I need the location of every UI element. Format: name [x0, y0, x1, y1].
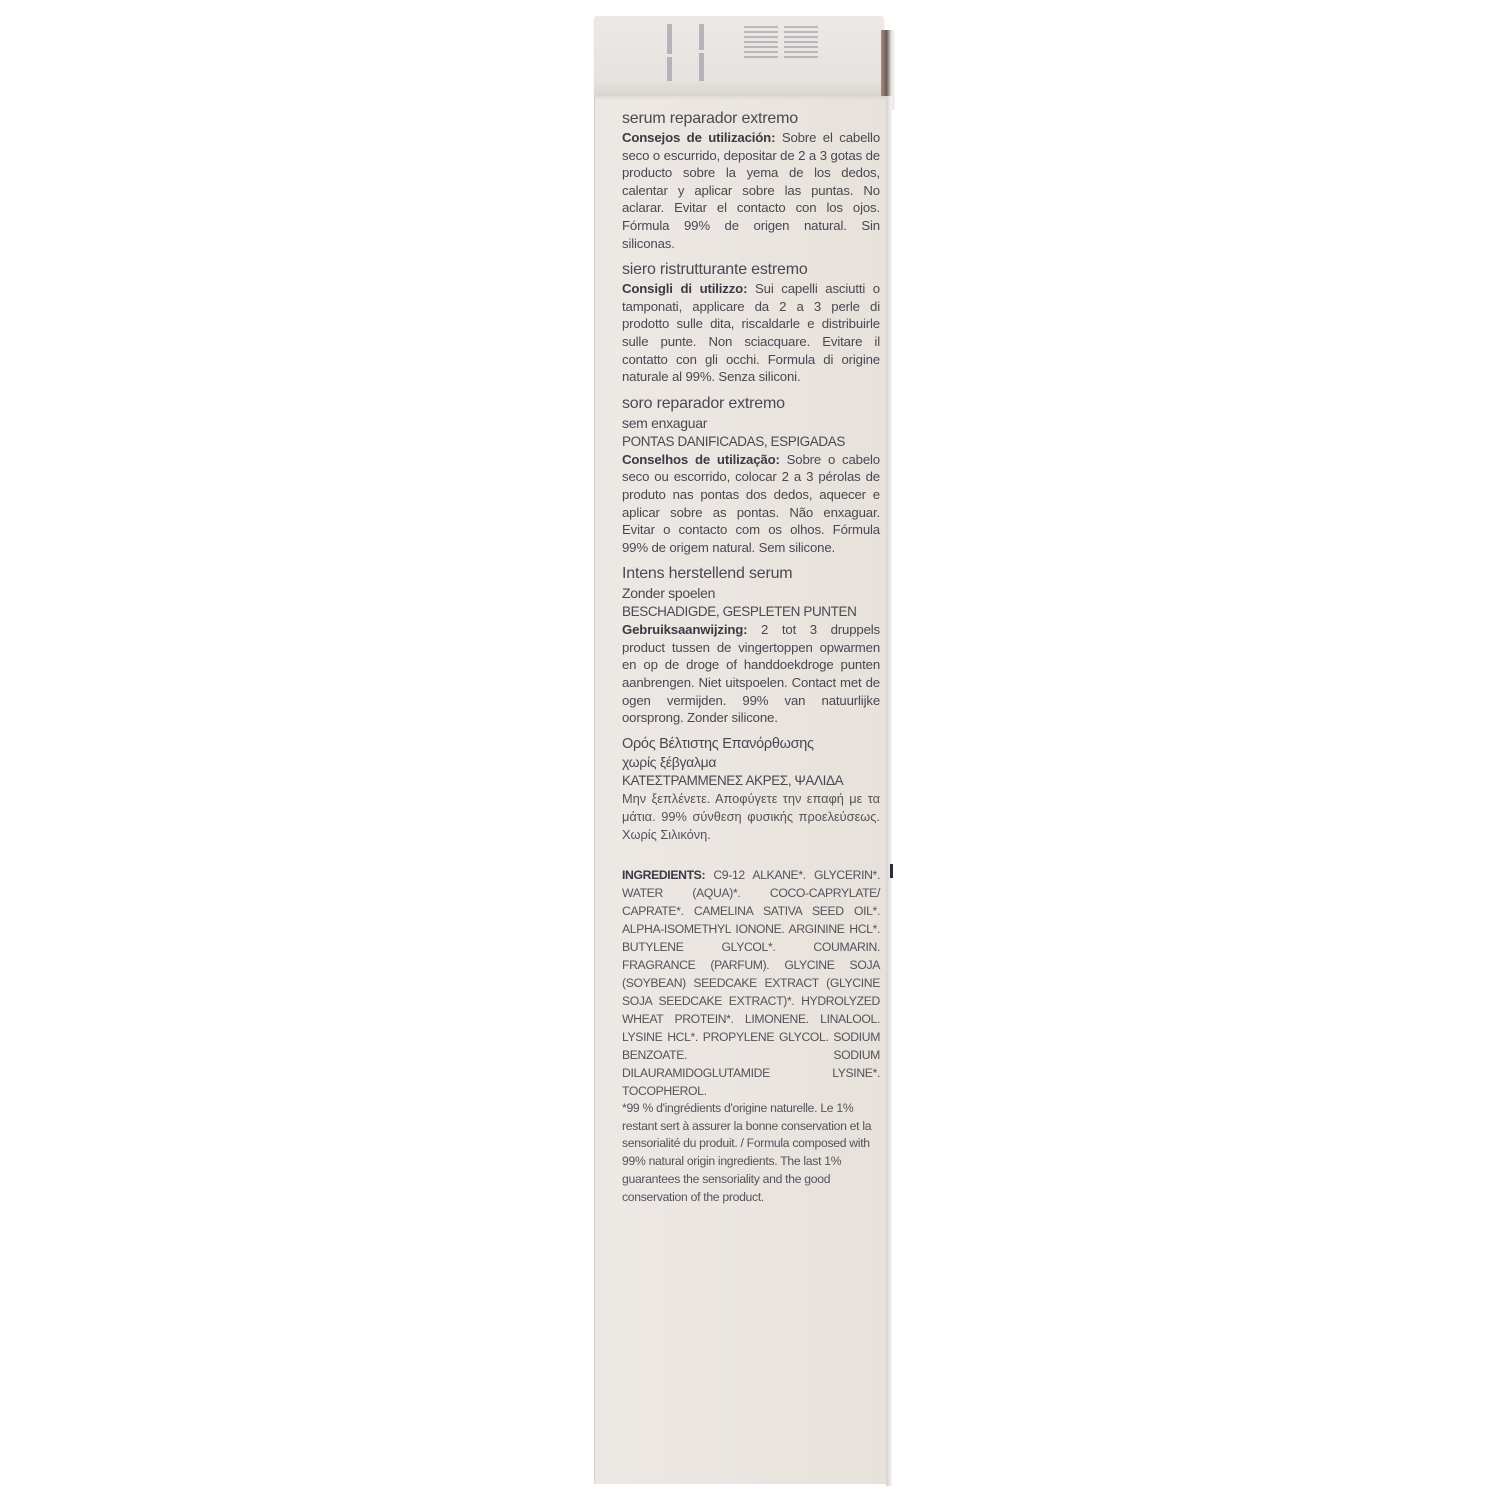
section-greek: Ορός Βέλτιστης Επανόρθωσης χωρίς ξέβγαλμ…: [622, 735, 880, 844]
usage-label: Conselhos de utilização:: [622, 452, 780, 467]
section-subtitle: Zonder spoelen: [622, 584, 880, 602]
section-subtitle: χωρίς ξέβγαλμα: [622, 753, 880, 771]
usage-label: Consigli di utilizzo:: [622, 281, 747, 296]
ingredients-list: INGREDIENTS: C9-12 ALKANE*. GLYCERIN*. W…: [622, 866, 880, 1100]
box-side-panel: serum reparador extremo Consejos de util…: [594, 96, 887, 1484]
box-top-flap: [594, 16, 884, 96]
section-body: Consigli di utilizzo: Sui capelli asciut…: [622, 280, 880, 386]
section-body: Gebruiksaanwijzing: 2 tot 3 druppels pro…: [622, 621, 880, 727]
usage-text: Sobre el cabello seco o escurrido, depos…: [622, 130, 880, 251]
flap-brand-logo: [744, 26, 778, 78]
usage-label: Gebruiksaanwijzing:: [622, 622, 747, 637]
section-caps: PONTAS DANIFICADAS, ESPIGADAS: [622, 432, 880, 451]
flap-barcode-text: [696, 24, 706, 86]
section-caps: BESCHADIGDE, GESPLETEN PUNTEN: [622, 602, 880, 621]
section-caps: ΚΑΤΕΣΤΡΑΜΜΕΝΕΣ ΑΚΡΕΣ, ΨΑΛΙΔΑ: [622, 771, 880, 790]
product-box: serum reparador extremo Consejos de util…: [594, 16, 896, 1484]
flap-brand-logo: [784, 26, 818, 78]
section-body: Consejos de utilización: Sobre el cabell…: [622, 129, 880, 252]
usage-text: Sobre o cabelo seco ou escorrido, coloca…: [622, 452, 880, 555]
section-title: Intens herstellend serum: [622, 564, 880, 584]
section-portuguese: soro reparador extremo sem enxaguar PONT…: [622, 394, 880, 557]
section-title: soro reparador extremo: [622, 394, 880, 414]
usage-text: Sui capelli asciutti o tamponati, applic…: [622, 281, 880, 384]
natural-origin-footnote: *99 % d'ingrédients d'origine naturelle.…: [622, 1100, 880, 1207]
section-title: siero ristrutturante estremo: [622, 260, 880, 280]
section-dutch: Intens herstellend serum Zonder spoelen …: [622, 564, 880, 727]
section-body: Μην ξεπλένετε. Αποφύγετε την επαφή με τα…: [622, 790, 880, 844]
panel-text: serum reparador extremo Consejos de util…: [622, 109, 880, 1207]
section-title: Ορός Βέλτιστης Επανόρθωσης: [622, 735, 880, 753]
flap-barcode-text: [664, 24, 674, 86]
ingredients-label: INGREDIENTS:: [622, 868, 705, 882]
usage-label: Consejos de utilización:: [622, 130, 775, 145]
section-subtitle: sem enxaguar: [622, 414, 880, 432]
section-body: Conselhos de utilização: Sobre o cabelo …: [622, 451, 880, 557]
box-right-edge: [886, 96, 892, 1486]
usage-text: 2 tot 3 druppels product tussen de vinge…: [622, 622, 880, 725]
section-title: serum reparador extremo: [622, 109, 880, 129]
box-edge-mark: [890, 864, 893, 878]
section-italian: siero ristrutturante estremo Consigli di…: [622, 260, 880, 386]
section-spanish: serum reparador extremo Consejos de util…: [622, 109, 880, 252]
ingredients-text: C9-12 ALKANE*. GLYCERIN*. WATER (AQUA)*.…: [622, 868, 880, 1098]
